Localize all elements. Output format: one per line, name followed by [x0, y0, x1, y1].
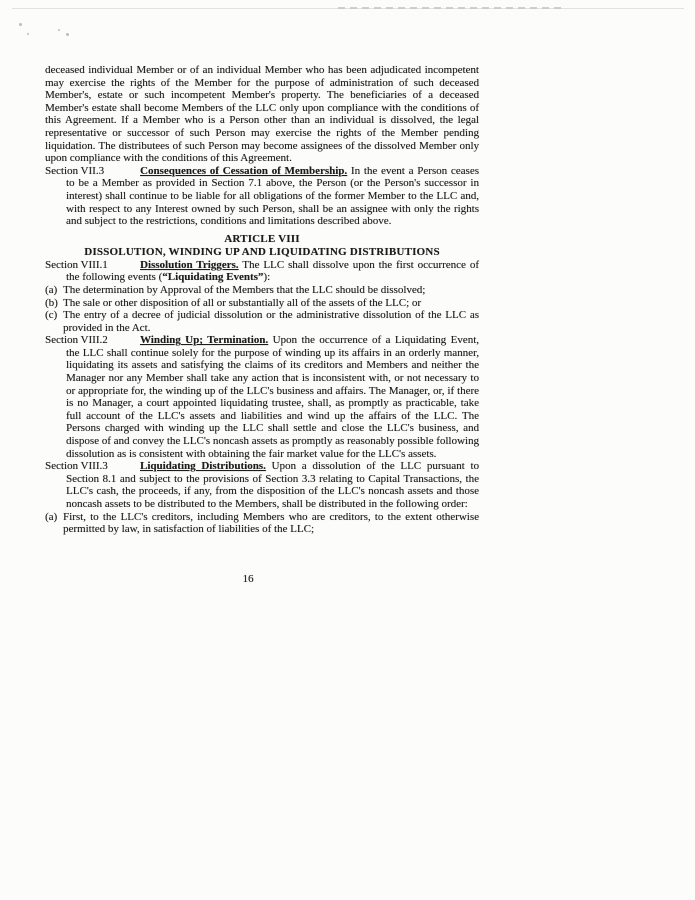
section-viii-2: Section VIII.2Winding Up; Termination. U… — [45, 334, 479, 460]
scan-speck — [27, 33, 29, 35]
page-content: deceased individual Member or of an indi… — [45, 64, 479, 585]
dissolution-event-item-a: (a)The determination by Approval of the … — [45, 284, 479, 297]
item-text: The sale or other disposition of all or … — [63, 297, 421, 309]
dissolution-event-item-b: (b)The sale or other disposition of all … — [45, 297, 479, 310]
section-viii-1-heading: Dissolution Triggers. — [140, 259, 239, 271]
article-viii-heading: ARTICLE VIII DISSOLUTION, WINDING UP AND… — [45, 233, 479, 259]
distribution-item-a: (a)First, to the LLC's creditors, includ… — [45, 511, 479, 536]
section-vii-3: Section VII.3Consequences of Cessation o… — [45, 165, 479, 228]
section-viii-3: Section VIII.3Liquidating Distributions.… — [45, 460, 479, 510]
paragraph-continuation: deceased individual Member or of an indi… — [45, 64, 479, 165]
page-number: 16 — [31, 573, 465, 586]
section-viii-2-heading: Winding Up; Termination. — [140, 334, 268, 346]
section-viii-1-body-end: ): — [263, 271, 270, 283]
scan-speck — [58, 29, 60, 31]
section-viii-2-body: Upon the occurrence of a Liquidating Eve… — [66, 334, 479, 459]
liquidating-events-term: “Liquidating Events” — [162, 271, 263, 283]
section-viii-1-label: Section VIII.1 — [45, 259, 140, 272]
scan-artifact-dashed-segment — [338, 7, 566, 9]
item-marker: (b) — [45, 297, 63, 310]
section-vii-3-label: Section VII.3 — [45, 165, 140, 178]
scanned-document-page: deceased individual Member or of an indi… — [0, 0, 695, 900]
section-viii-2-label: Section VIII.2 — [45, 334, 140, 347]
dissolution-event-item-c: (c)The entry of a decree of judicial dis… — [45, 309, 479, 334]
item-text: The determination by Approval of the Mem… — [63, 284, 425, 296]
item-marker: (a) — [45, 511, 63, 524]
section-viii-1: Section VIII.1Dissolution Triggers. The … — [45, 259, 479, 284]
article-viii-subtitle: DISSOLUTION, WINDING UP AND LIQUIDATING … — [45, 246, 479, 259]
section-viii-3-label: Section VIII.3 — [45, 460, 140, 473]
item-marker: (a) — [45, 284, 63, 297]
section-vii-3-heading: Consequences of Cessation of Membership. — [140, 165, 347, 177]
item-text: First, to the LLC's creditors, including… — [63, 511, 479, 536]
scan-speck — [19, 23, 22, 26]
section-viii-3-heading: Liquidating Distributions. — [140, 460, 266, 472]
scan-speck — [66, 33, 69, 36]
article-viii-title: ARTICLE VIII — [45, 233, 479, 246]
item-text: The entry of a decree of judicial dissol… — [63, 309, 479, 334]
item-marker: (c) — [45, 309, 63, 322]
